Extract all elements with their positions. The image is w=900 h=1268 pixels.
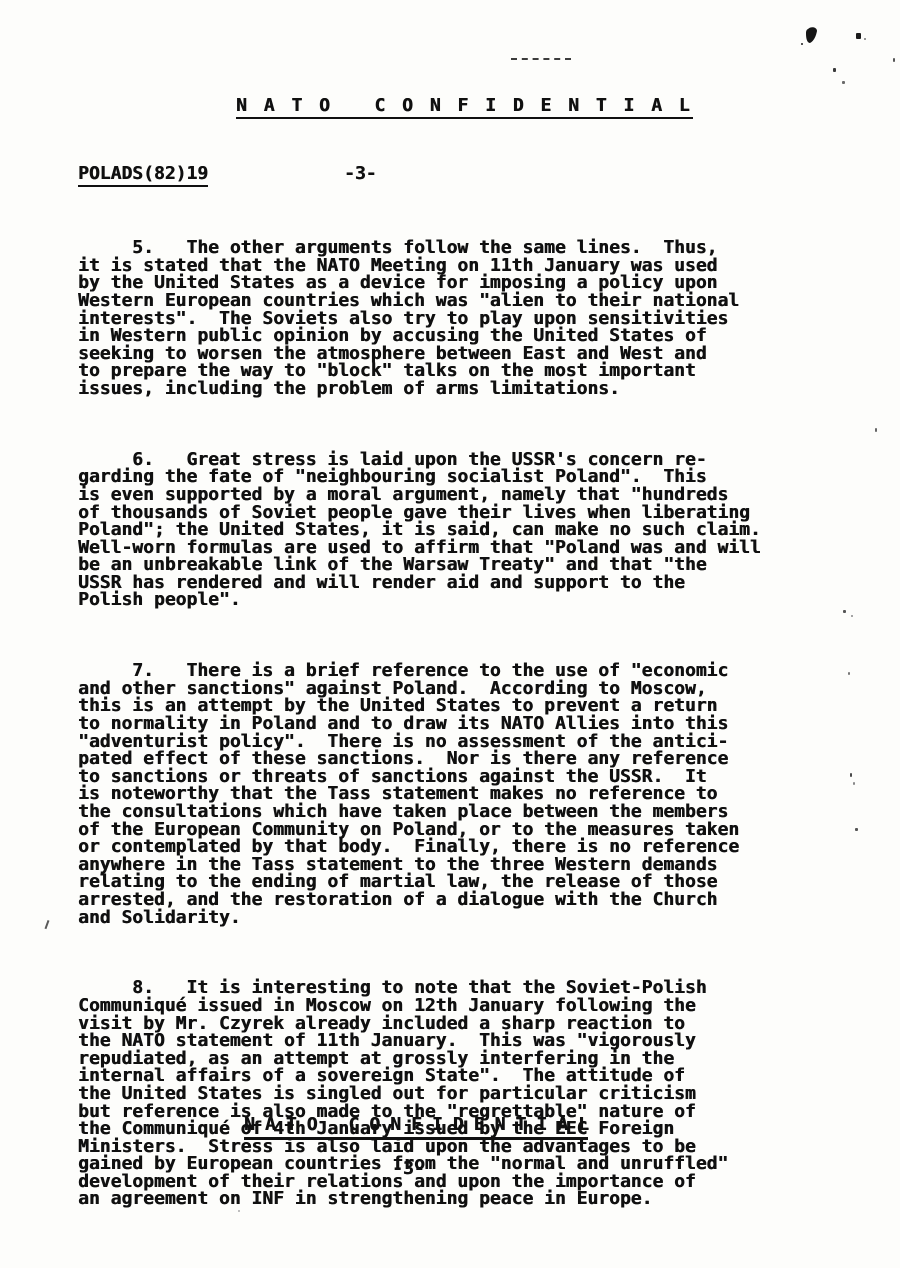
- ink-speck: [843, 610, 846, 613]
- paragraph-6: 6. Great stress is laid upon the USSR's …: [78, 451, 761, 609]
- ink-speck: [864, 38, 866, 40]
- ink-speck: [856, 33, 861, 39]
- page-number-bottom: -3-: [392, 1158, 425, 1179]
- ink-speck: [855, 828, 858, 831]
- classification-banner-top: N A T O C O N F I D E N T I A L: [236, 95, 693, 119]
- paragraph-5: 5. The other arguments follow the same l…: [78, 239, 761, 397]
- ink-speck: [853, 782, 855, 785]
- ink-smudge: [798, 26, 824, 52]
- paragraph-7: 7. There is a brief reference to the use…: [78, 662, 761, 926]
- ink-speck: [833, 68, 836, 72]
- pencil-tick: [45, 920, 49, 929]
- page-number-top: -3-: [344, 163, 377, 184]
- dashed-pencil-mark: [511, 58, 571, 60]
- ink-speck: [848, 672, 850, 675]
- document-page: N A T O C O N F I D E N T I A L POLADS(8…: [0, 0, 900, 1268]
- ink-speck: [893, 58, 895, 62]
- ink-speck: [842, 81, 845, 84]
- document-reference: POLADS(82)19: [78, 163, 208, 187]
- ink-speck: [875, 428, 877, 432]
- ink-speck: [850, 773, 852, 777]
- ink-speck: [851, 615, 853, 617]
- document-body: 5. The other arguments follow the same l…: [78, 204, 761, 1261]
- classification-banner-bottom: N A T O C O N F I D E N T I A L: [244, 1114, 588, 1140]
